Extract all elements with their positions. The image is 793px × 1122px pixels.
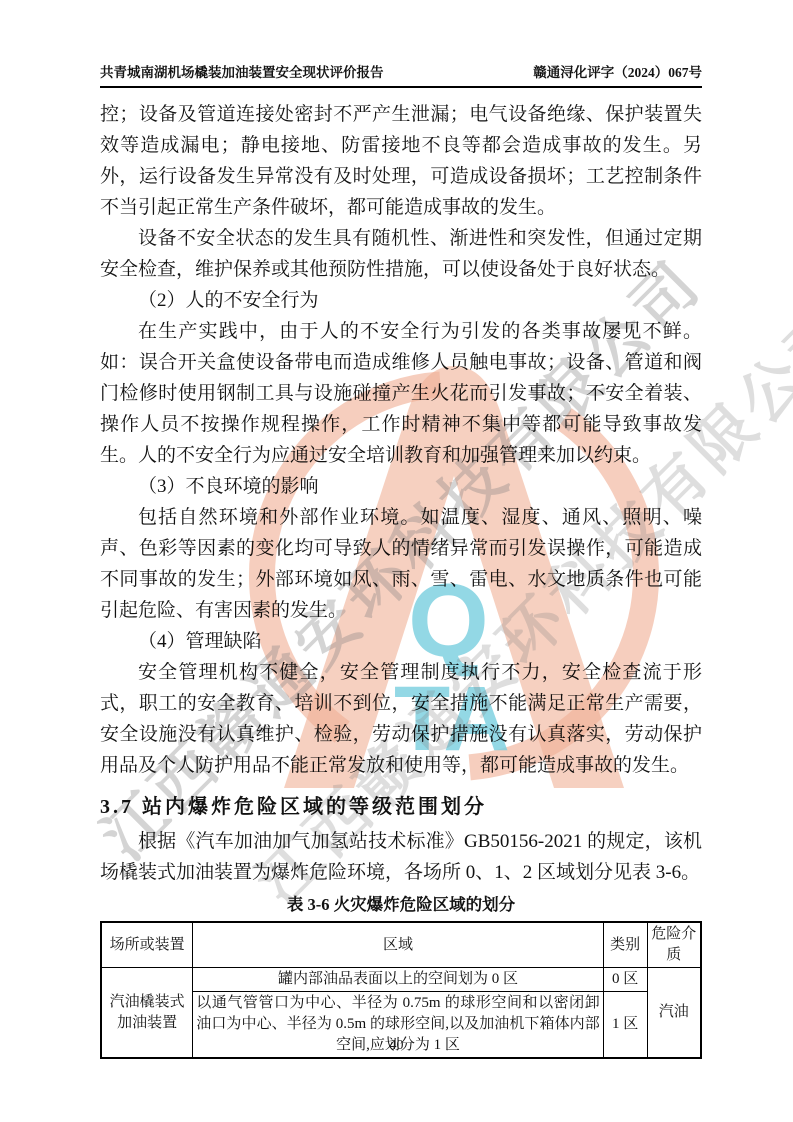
col-header-medium: 危险介质 — [647, 922, 701, 968]
cell-zone-1: 以通气管管口为中心、半径为 0.75m 的球形空间和以密闭卸油口为中心、半径为 … — [193, 992, 603, 1059]
col-header-site: 场所或装置 — [101, 922, 193, 968]
cell-site: 汽油橇装式加油装置 — [101, 968, 193, 1059]
paragraph: 包括自然环境和外部作业环境。如温度、湿度、通风、照明、噪声、色彩等因素的变化均可… — [100, 502, 702, 626]
zoning-table: 场所或装置 区域 类别 危险介质 汽油橇装式加油装置 罐内部油品表面以上的空间划… — [100, 921, 702, 1059]
header-left-title: 共青城南湖机场橇装加油装置安全现状评价报告 — [100, 64, 384, 82]
cell-category-0: 0 区 — [603, 968, 647, 992]
paragraph: （4）管理缺陷 — [100, 626, 702, 657]
paragraph: 设备不安全状态的发生具有随机性、渐进性和突发性，但通过定期安全检查，维护保养或其… — [100, 223, 702, 285]
page-header: 共青城南湖机场橇装加油装置安全现状评价报告 赣通浔化评字（2024）067号 — [100, 64, 702, 88]
document-body: 控；设备及管道连接处密封不严产生泄漏；电气设备绝缘、保护装置失效等造成漏电；静电… — [100, 99, 702, 1059]
document-page: 共青城南湖机场橇装加油装置安全现状评价报告 赣通浔化评字（2024）067号 控… — [0, 0, 793, 1122]
col-header-zone: 区域 — [193, 922, 603, 968]
col-header-category: 类别 — [603, 922, 647, 968]
section-heading: 3.7 站内爆炸危险区域的等级范围划分 — [100, 792, 702, 822]
paragraph: （3）不良环境的影响 — [100, 471, 702, 502]
table-header-row: 场所或装置 区域 类别 危险介质 — [101, 922, 701, 968]
header-right-docnumber: 赣通浔化评字（2024）067号 — [533, 64, 702, 82]
cell-medium: 汽油 — [647, 968, 701, 1059]
paragraph: 在生产实践中，由于人的不安全行为引发的各类事故屡见不鲜。如：误合开关盒使设备带电… — [100, 316, 702, 471]
paragraph: 控；设备及管道连接处密封不严产生泄漏；电气设备绝缘、保护装置失效等造成漏电；静电… — [100, 99, 702, 223]
table-row: 汽油橇装式加油装置 罐内部油品表面以上的空间划为 0 区 0 区 汽油 — [101, 968, 701, 992]
paragraph: 根据《汽车加油加气加氢站技术标准》GB50156-2021 的规定，该机场橇装式… — [100, 826, 702, 888]
paragraph: （2）人的不安全行为 — [100, 285, 702, 316]
cell-category-1: 1 区 — [603, 992, 647, 1059]
cell-zone-0: 罐内部油品表面以上的空间划为 0 区 — [193, 968, 603, 992]
paragraph: 安全管理机构不健全，安全管理制度执行不力，安全检查流于形式，职工的安全教育、培训… — [100, 657, 702, 781]
table-caption: 表 3-6 火灾爆炸危险区域的划分 — [100, 893, 702, 917]
